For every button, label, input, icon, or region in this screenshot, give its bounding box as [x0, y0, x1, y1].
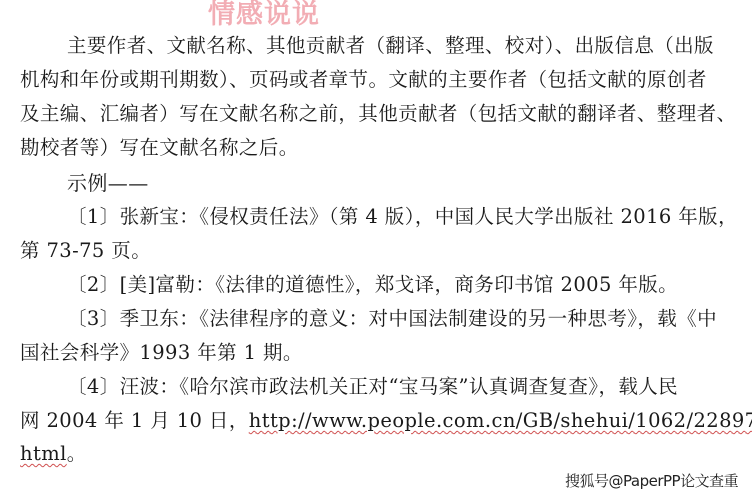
reference-url-link[interactable]: http://www.people.com.cn/GB/shehui/1062/…: [249, 409, 752, 432]
example-4-line-3: html。: [20, 441, 87, 467]
watermark-text: 情感说说: [208, 0, 320, 30]
paragraph-line: 及主编、汇编者）写在文献名称之前，其他贡献者（包括文献的翻译者、整理者、: [20, 101, 736, 127]
example-3-line-1: 〔3〕季卫东：《法律程序的意义：对中国法制建设的另一种思考》，载《中: [67, 306, 717, 332]
paragraph-line: 机构和年份或期刊期数）、页码或者章节。文献的主要作者（包括文献的原创者: [20, 67, 707, 93]
paragraph-line: 勘校者等）写在文献名称之后。: [20, 135, 299, 161]
example-1-line-2: 第 73-75 页。: [20, 238, 151, 264]
reference-url-link-continued[interactable]: html: [20, 442, 67, 465]
source-caption: 搜狐号@PaperPP论文查重: [565, 470, 738, 491]
example-1-line-1: 〔1〕张新宝：《侵权责任法》（第 4 版），中国人民大学出版社 2016 年版，: [67, 204, 738, 230]
example-3-line-2: 国社会科学》1993 年第 1 期。: [20, 340, 303, 366]
example-4-suffix: 。: [67, 442, 87, 465]
example-4-line-1: 〔4〕汪波：《哈尔滨市政法机关正对“宝马案”认真调查复查》，载人民: [67, 374, 678, 400]
example-2-line-1: 〔2〕[美]富勒：《法律的道德性》，郑戈译，商务印书馆 2005 年版。: [67, 272, 678, 298]
paragraph-line: 主要作者、文献名称、其他贡献者（翻译、整理、校对）、出版信息（出版: [67, 33, 714, 59]
examples-heading: 示例——: [67, 170, 149, 196]
example-4-prefix: 网 2004 年 1 月 10 日，: [20, 409, 249, 432]
example-4-line-2: 网 2004 年 1 月 10 日，http://www.people.com.…: [20, 408, 752, 434]
